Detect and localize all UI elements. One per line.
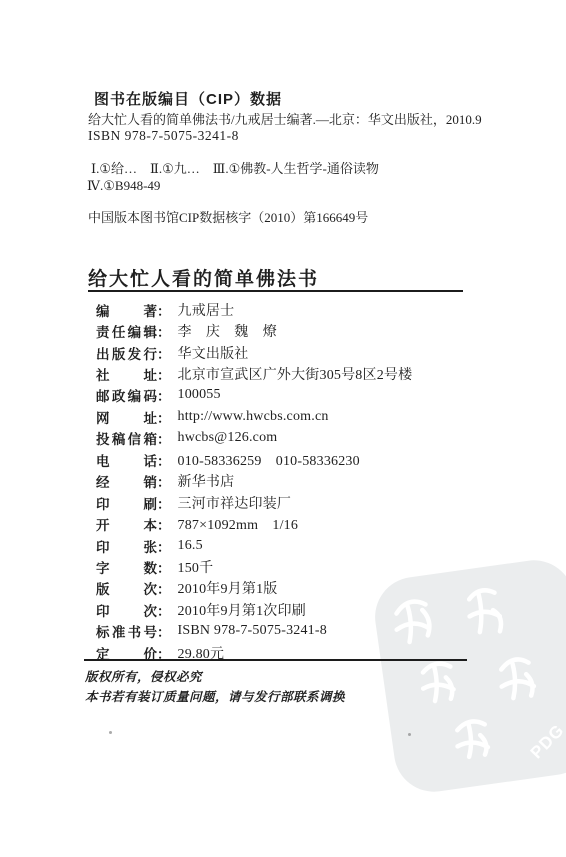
colophon-colon: ： bbox=[157, 600, 171, 620]
copyright-notice: 版权所有，侵权必究 bbox=[85, 667, 202, 685]
cip-classification-line-1: Ⅰ.①给… Ⅱ.①九… Ⅲ.①佛教-人生哲学-通俗读物 bbox=[91, 158, 379, 177]
book-title: 给大忙人看的简单佛法书 bbox=[88, 264, 319, 291]
scan-speck bbox=[408, 733, 411, 736]
cip-bibliographic-line: 给大忙人看的简单佛法书/九戒居士编著.—北京：华文出版社，2010.9 bbox=[88, 109, 482, 128]
colophon-label: 印刷 bbox=[96, 493, 157, 513]
scan-speck bbox=[109, 731, 112, 734]
colophon-label: 电话 bbox=[96, 450, 157, 470]
colophon-colon: ： bbox=[157, 450, 171, 470]
colophon-row: 电话：010-58336259 010-58336230 bbox=[96, 449, 496, 470]
pdg-watermark: PDG bbox=[370, 555, 566, 797]
colophon-label: 印次 bbox=[96, 600, 157, 620]
footer-divider-rule bbox=[84, 659, 467, 661]
cip-classification-line-2: Ⅳ.①B948-49 bbox=[87, 178, 160, 194]
colophon-value: 三河市祥达印装厂 bbox=[178, 493, 292, 513]
colophon-row: 编著：九戒居士 bbox=[96, 299, 496, 320]
colophon-value: 100055 bbox=[178, 387, 221, 403]
binding-quality-notice: 本书若有装订质量问题，请与发行部联系调换 bbox=[85, 687, 345, 705]
colophon-label: 经销 bbox=[96, 471, 157, 491]
colophon-value: 北京市宣武区广外大街305号8区2号楼 bbox=[178, 364, 413, 384]
colophon-value: hwcbs@126.com bbox=[178, 430, 278, 446]
colophon-row: 责任编辑：李 庆 魏 燎 bbox=[96, 320, 496, 341]
colophon-label: 编著 bbox=[96, 300, 157, 320]
colophon-label: 投稿信箱 bbox=[96, 428, 157, 448]
colophon-value: 新华书店 bbox=[178, 471, 235, 491]
colophon-label: 出版发行 bbox=[96, 343, 157, 363]
colophon-label: 标准书号 bbox=[96, 621, 157, 641]
title-underline-rule bbox=[88, 290, 463, 292]
seal-glyphs-icon bbox=[370, 555, 566, 797]
colophon-row: 出版发行：华文出版社 bbox=[96, 342, 496, 363]
colophon-label: 网址 bbox=[96, 407, 157, 427]
colophon-row: 邮政编码：100055 bbox=[96, 385, 496, 406]
colophon-value: 2010年9月第1次印刷 bbox=[178, 600, 306, 620]
colophon-colon: ： bbox=[157, 536, 171, 556]
colophon-colon: ： bbox=[157, 428, 171, 448]
colophon-row: 网址：http://www.hwcbs.com.cn bbox=[96, 406, 496, 427]
colophon-row: 开本：787×1092mm 1/16 bbox=[96, 513, 496, 534]
book-copyright-page: 图书在版编目（CIP）数据 给大忙人看的简单佛法书/九戒居士编著.—北京：华文出… bbox=[0, 0, 566, 857]
colophon-value: 150千 bbox=[178, 557, 214, 577]
colophon-value: 787×1092mm 1/16 bbox=[178, 514, 299, 534]
colophon-colon: ： bbox=[157, 385, 171, 405]
colophon-label: 印张 bbox=[96, 536, 157, 556]
colophon-value: 九戒居士 bbox=[178, 300, 235, 320]
colophon-colon: ： bbox=[157, 514, 171, 534]
colophon-colon: ： bbox=[157, 407, 171, 427]
cip-record-number-line: 中国版本图书馆CIP数据核字（2010）第166649号 bbox=[88, 207, 368, 226]
colophon-colon: ： bbox=[157, 621, 171, 641]
colophon-value: 2010年9月第1版 bbox=[178, 578, 278, 598]
colophon-colon: ： bbox=[157, 364, 171, 384]
colophon-label: 邮政编码 bbox=[96, 385, 157, 405]
colophon-value: 李 庆 魏 燎 bbox=[178, 321, 277, 341]
colophon-colon: ： bbox=[157, 493, 171, 513]
colophon-value: 010-58336259 010-58336230 bbox=[178, 450, 360, 470]
colophon-label: 开本 bbox=[96, 514, 157, 534]
colophon-colon: ： bbox=[157, 578, 171, 598]
colophon-row: 印张：16.5 bbox=[96, 535, 496, 556]
colophon-label: 字数 bbox=[96, 557, 157, 577]
colophon-value: 华文出版社 bbox=[178, 343, 249, 363]
colophon-row: 经销：新华书店 bbox=[96, 471, 496, 492]
colophon-value: ISBN 978-7-5075-3241-8 bbox=[178, 623, 327, 639]
colophon-colon: ： bbox=[157, 343, 171, 363]
colophon-colon: ： bbox=[157, 557, 171, 577]
cip-header: 图书在版编目（CIP）数据 bbox=[94, 88, 282, 109]
colophon-row: 印刷：三河市祥达印装厂 bbox=[96, 492, 496, 513]
colophon-label: 责任编辑 bbox=[96, 321, 157, 341]
colophon-colon: ： bbox=[157, 300, 171, 320]
colophon-label: 社址 bbox=[96, 364, 157, 384]
colophon-colon: ： bbox=[157, 321, 171, 341]
colophon-row: 投稿信箱：hwcbs@126.com bbox=[96, 428, 496, 449]
colophon-label: 版次 bbox=[96, 578, 157, 598]
cip-isbn-line: ISBN 978-7-5075-3241-8 bbox=[88, 128, 239, 144]
colophon-value: http://www.hwcbs.com.cn bbox=[178, 409, 329, 425]
colophon-colon: ： bbox=[157, 471, 171, 491]
colophon-value: 16.5 bbox=[178, 538, 203, 554]
colophon-row: 社址：北京市宣武区广外大街305号8区2号楼 bbox=[96, 363, 496, 384]
